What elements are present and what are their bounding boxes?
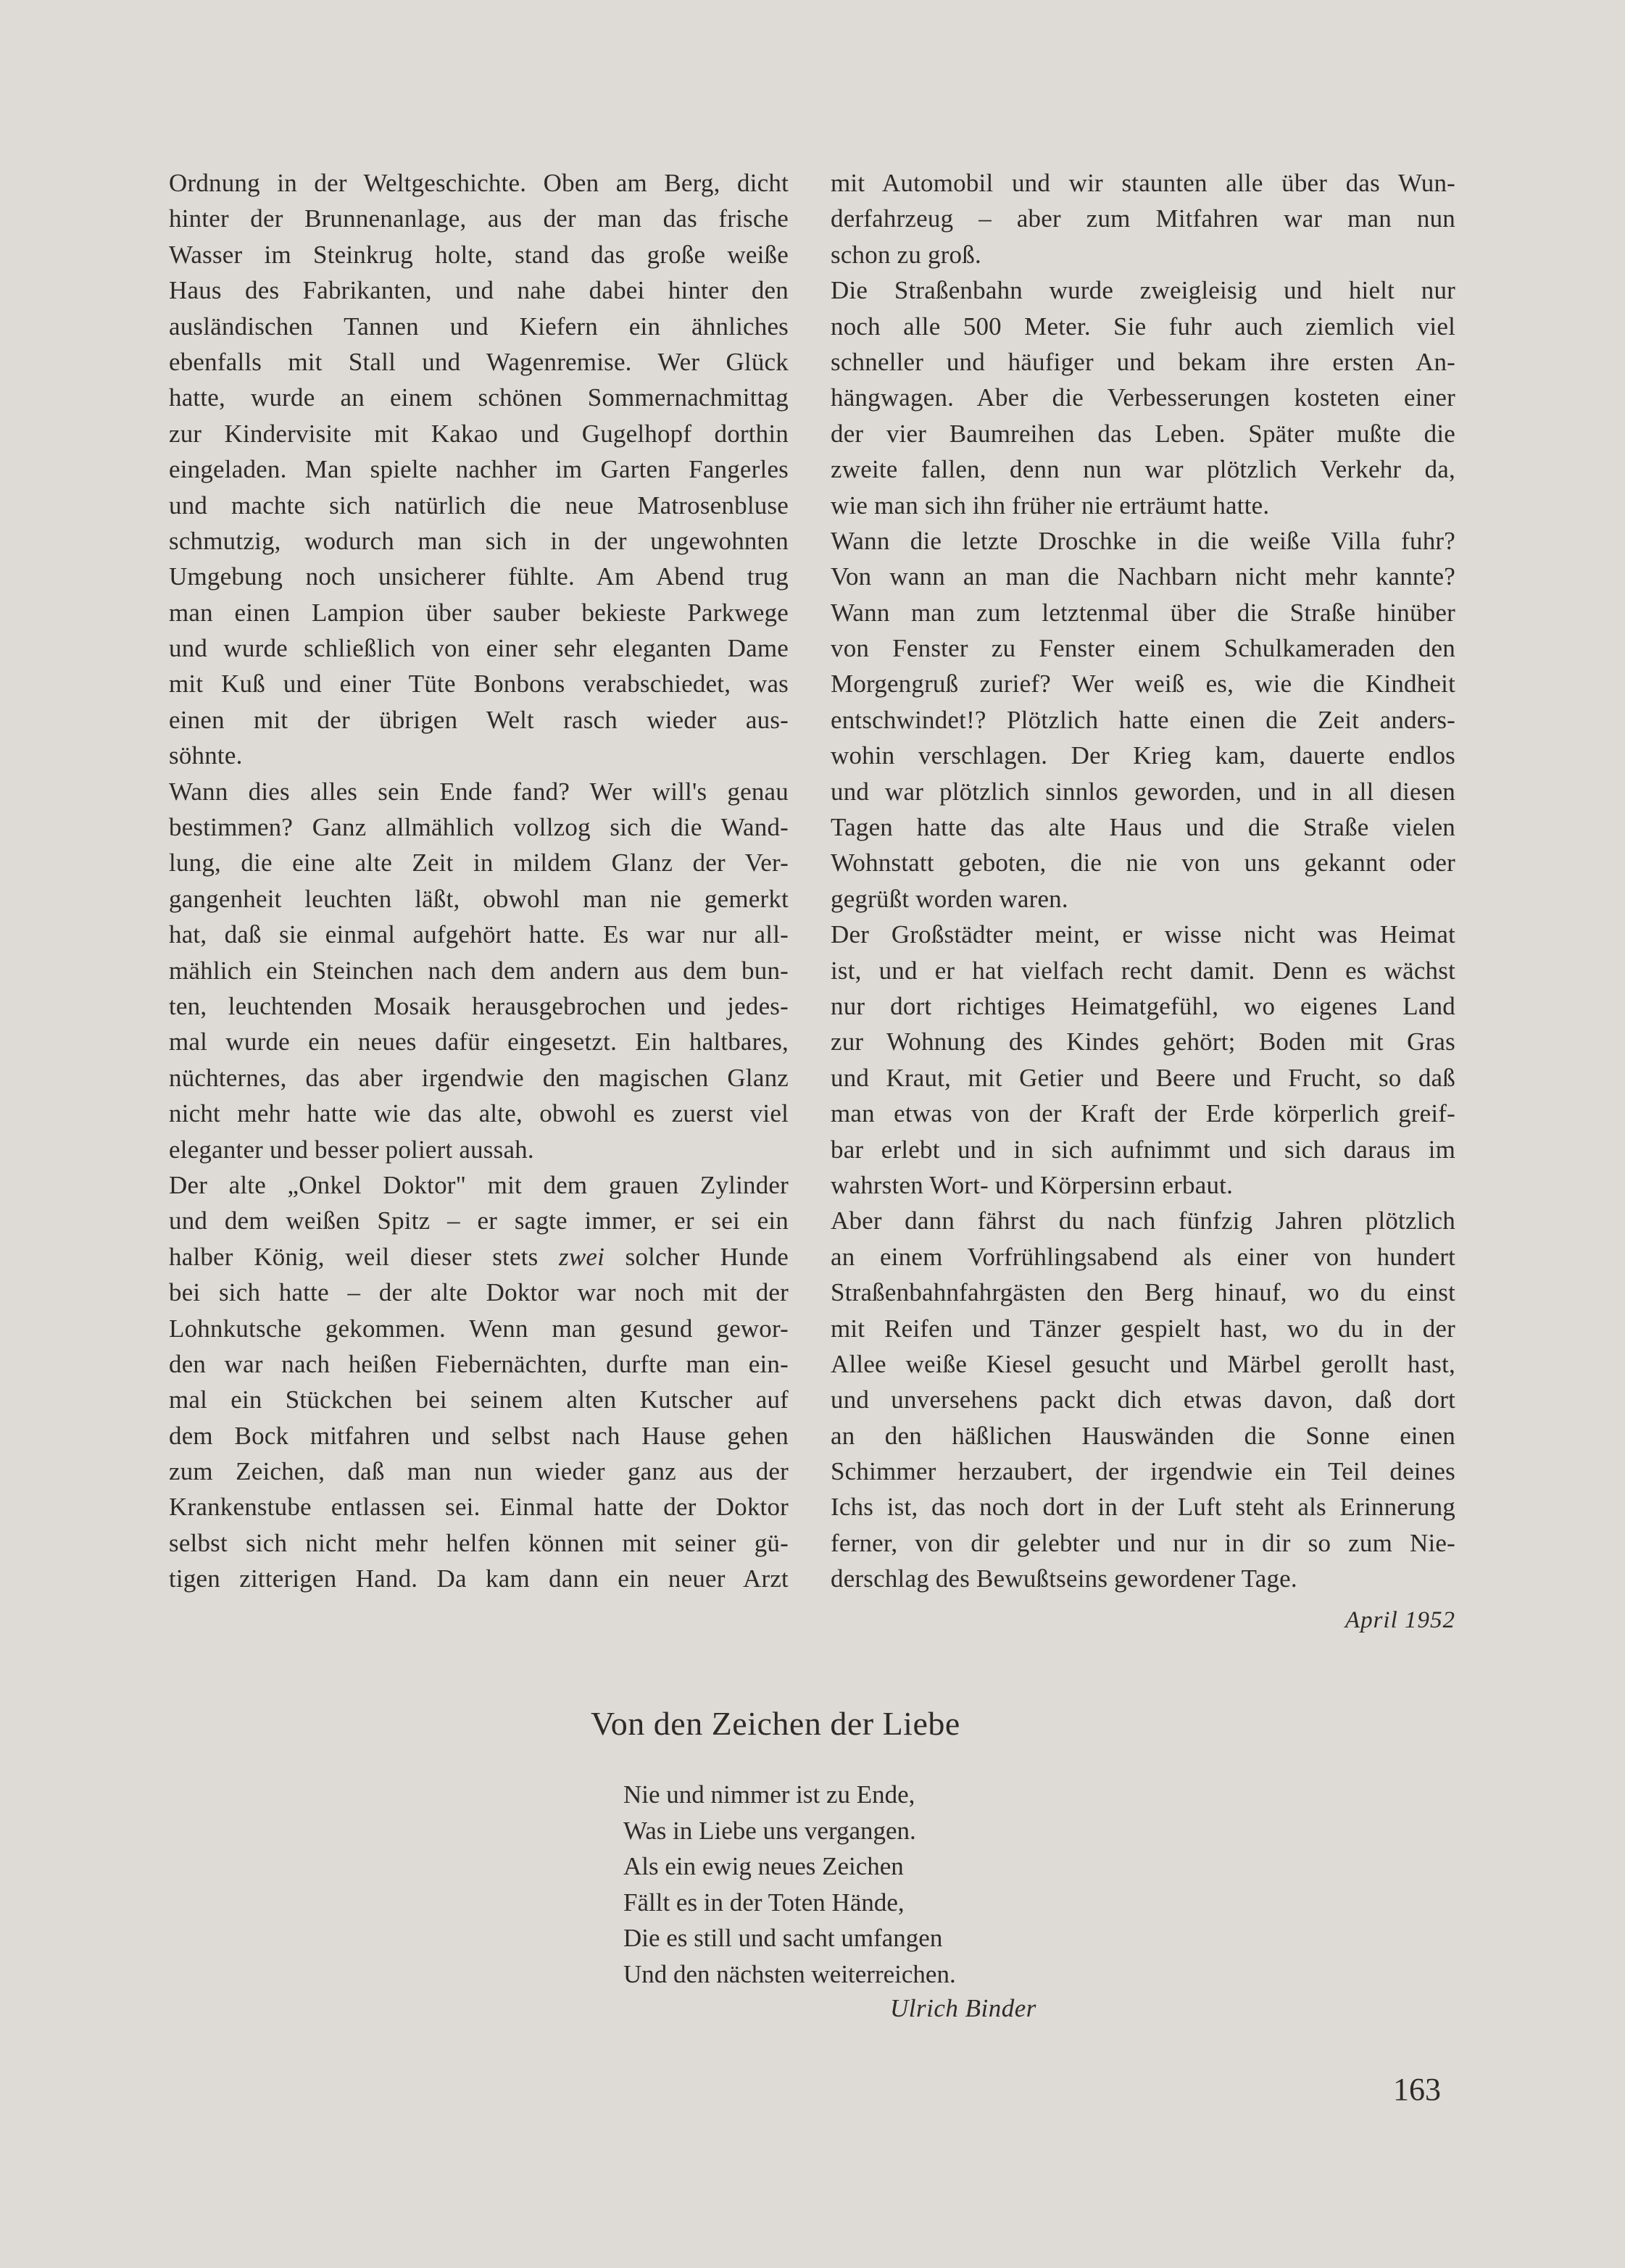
- poem-verse: Fällt es in der Toten Hände,: [623, 1885, 956, 1921]
- text-line: Wann dies alles sein Ende fand? Wer will…: [169, 774, 789, 809]
- paragraph-end-line: wahrsten Wort- und Körpersinn erbaut.: [831, 1167, 1455, 1203]
- paragraph-end-line: wie man sich ihn früher nie erträumt hat…: [831, 488, 1455, 523]
- text-line: Der alte „Onkel Doktor" mit dem grauen Z…: [169, 1167, 789, 1203]
- text-line: mit Reifen und Tänzer gespielt hast, wo …: [831, 1311, 1455, 1346]
- text-line: mit Automobil und wir staunten alle über…: [831, 165, 1455, 201]
- text-line: man einen Lampion über sauber bekieste P…: [169, 595, 789, 630]
- text-line: ten, leuchtenden Mosaik herausgebrochen …: [169, 988, 789, 1024]
- text-line: Von wann an man die Nachbarn nicht mehr …: [831, 559, 1455, 594]
- text-line: derfahrzeug – aber zum Mitfahren war man…: [831, 201, 1455, 236]
- text-line: dem Bock mitfahren und selbst nach Hause…: [169, 1418, 789, 1454]
- text-line: wohin verschlagen. Der Krieg kam, dauert…: [831, 738, 1455, 773]
- text-line: zum Zeichen, daß man nun wieder ganz aus…: [169, 1454, 789, 1489]
- text-line: zweite fallen, denn nun war plötzlich Ve…: [831, 451, 1455, 487]
- text-line: Wasser im Steinkrug holte, stand das gro…: [169, 237, 789, 272]
- poem-verse: Und den nächsten weiterreichen.: [623, 1956, 956, 1993]
- poem-verse: Die es still und sacht umfangen: [623, 1920, 956, 1956]
- text-line: der vier Baumreihen das Leben. Später mu…: [831, 416, 1455, 451]
- emphasized-word: zwei: [559, 1243, 604, 1271]
- paragraph-end-line: schon zu groß.: [831, 237, 1455, 272]
- text-line: und machte sich natürlich die neue Matro…: [169, 488, 789, 523]
- text-line: einen mit der übrigen Welt rasch wieder …: [169, 702, 789, 738]
- poem-body: Nie und nimmer ist zu Ende, Was in Liebe…: [623, 1777, 956, 1992]
- poem-verse: Was in Liebe uns vergangen.: [623, 1813, 956, 1849]
- text-line: bar erlebt und in sich aufnimmt und sich…: [831, 1132, 1455, 1167]
- paragraph-end-line: gegrüßt worden waren.: [831, 881, 1455, 917]
- text-line: Tagen hatte das alte Haus und die Straße…: [831, 809, 1455, 845]
- text-line: Wann die letzte Droschke in die weiße Vi…: [831, 523, 1455, 559]
- text-line: Haus des Fabrikanten, und nahe dabei hin…: [169, 272, 789, 308]
- document-page: Ordnung in der Weltgeschichte. Oben am B…: [0, 0, 1625, 2268]
- text-line: Allee weiße Kiesel gesucht und Märbel ge…: [831, 1346, 1455, 1382]
- poem-verse: Nie und nimmer ist zu Ende,: [623, 1777, 956, 1813]
- text-line: Umgebung noch unsicherer fühlte. Am Aben…: [169, 559, 789, 594]
- text-line: bestimmen? Ganz allmählich vollzog sich …: [169, 809, 789, 845]
- text-line: ferner, von dir gelebter und nur in dir …: [831, 1525, 1455, 1561]
- text-line: Ichs ist, das noch dort in der Luft steh…: [831, 1489, 1455, 1525]
- text-line: Krankenstube entlassen sei. Einmal hatte…: [169, 1489, 789, 1525]
- text-line: Lohnkutsche gekommen. Wenn man gesund ge…: [169, 1311, 789, 1346]
- text-line: hinter der Brunnenanlage, aus der man da…: [169, 201, 789, 236]
- text-line: lung, die eine alte Zeit in mildem Glanz…: [169, 845, 789, 880]
- text-line: und wurde schließlich von einer sehr ele…: [169, 630, 789, 666]
- text-line: tigen zitterigen Hand. Da kam dann ein n…: [169, 1561, 789, 1596]
- paragraph-end-line: eleganter und besser poliert aussah.: [169, 1132, 789, 1167]
- text-line: Aber dann fährst du nach fünfzig Jahren …: [831, 1203, 1455, 1238]
- poem-verse: Als ein ewig neues Zeichen: [623, 1848, 956, 1885]
- text-line: noch alle 500 Meter. Sie fuhr auch zieml…: [831, 309, 1455, 344]
- text-line: schneller und häufiger und bekam ihre er…: [831, 344, 1455, 380]
- text-line: von Fenster zu Fenster einem Schulkamera…: [831, 630, 1455, 666]
- text-line: mit Kuß und einer Tüte Bonbons verabschi…: [169, 666, 789, 701]
- poem-title: Von den Zeichen der Liebe: [591, 1704, 960, 1743]
- text-line: ebenfalls mit Stall und Wagenremise. Wer…: [169, 344, 789, 380]
- text-line: ausländischen Tannen und Kiefern ein ähn…: [169, 309, 789, 344]
- text-line: Schimmer herzaubert, der irgendwie ein T…: [831, 1454, 1455, 1489]
- text-line: schmutzig, wodurch man sich in der ungew…: [169, 523, 789, 559]
- text-line: zur Wohnung des Kindes gehört; Boden mit…: [831, 1024, 1455, 1059]
- text-line: gangenheit leuchten läßt, obwohl man nie…: [169, 881, 789, 917]
- text-line: man etwas von der Kraft der Erde körperl…: [831, 1096, 1455, 1131]
- text-line: an einem Vorfrühlingsabend als einer von…: [831, 1239, 1455, 1275]
- text-line: hatte, wurde an einem schönen Sommernach…: [169, 380, 789, 415]
- text-line-with-emphasis: halber König, weil dieser stets zwei sol…: [169, 1239, 789, 1275]
- text-line: zur Kindervisite mit Kakao und Gugelhopf…: [169, 416, 789, 451]
- text-line: und dem weißen Spitz – er sagte immer, e…: [169, 1203, 789, 1238]
- text-line: ist, und er hat vielfach recht damit. De…: [831, 953, 1455, 988]
- text-line: entschwindet!? Plötzlich hatte einen die…: [831, 702, 1455, 738]
- text-line: nur dort richtiges Heimatgefühl, wo eige…: [831, 988, 1455, 1024]
- text-line: nüchternes, das aber irgendwie den magis…: [169, 1060, 789, 1096]
- text-segment: solcher Hunde: [626, 1243, 789, 1271]
- text-line: hängwagen. Aber die Verbesserungen koste…: [831, 380, 1455, 415]
- text-line: mal ein Stückchen bei seinem alten Kutsc…: [169, 1382, 789, 1417]
- text-line: bei sich hatte – der alte Doktor war noc…: [169, 1275, 789, 1310]
- text-line: hat, daß sie einmal aufgehört hatte. Es …: [169, 917, 789, 952]
- text-line: und Kraut, mit Getier und Beere und Fruc…: [831, 1060, 1455, 1096]
- text-line: selbst sich nicht mehr helfen können mit…: [169, 1525, 789, 1561]
- article-dateline: April 1952: [831, 1603, 1455, 1638]
- text-line: Wohnstatt geboten, die nie von uns gekan…: [831, 845, 1455, 880]
- text-line: Wann man zum letztenmal über die Straße …: [831, 595, 1455, 630]
- left-text-column: Ordnung in der Weltgeschichte. Oben am B…: [169, 165, 789, 1597]
- text-line: mal wurde ein neues dafür eingesetzt. Ei…: [169, 1024, 789, 1059]
- paragraph-end-line: derschlag des Bewußtseins gewordener Tag…: [831, 1561, 1455, 1596]
- text-line: Morgengruß zurief? Wer weiß es, wie die …: [831, 666, 1455, 701]
- text-line: und unversehens packt dich etwas davon, …: [831, 1382, 1455, 1417]
- text-line: mählich ein Steinchen nach dem andern au…: [169, 953, 789, 988]
- right-text-column: mit Automobil und wir staunten alle über…: [831, 165, 1455, 1638]
- text-line: den war nach heißen Fiebernächten, durft…: [169, 1346, 789, 1382]
- poem-author: Ulrich Binder: [890, 1994, 1036, 2023]
- text-line: an den häßlichen Hauswänden die Sonne ei…: [831, 1418, 1455, 1454]
- text-line: Ordnung in der Weltgeschichte. Oben am B…: [169, 165, 789, 201]
- text-segment: halber König, weil dieser stets: [169, 1243, 538, 1271]
- text-line: Der Großstädter meint, er wisse nicht wa…: [831, 917, 1455, 952]
- text-line: und war plötzlich sinnlos geworden, und …: [831, 774, 1455, 809]
- text-line: nicht mehr hatte wie das alte, obwohl es…: [169, 1096, 789, 1131]
- paragraph-end-line: söhnte.: [169, 738, 789, 773]
- text-line: Die Straßenbahn wurde zweigleisig und hi…: [831, 272, 1455, 308]
- text-line: eingeladen. Man spielte nachher im Garte…: [169, 451, 789, 487]
- page-number: 163: [1393, 2071, 1441, 2108]
- text-line: Straßenbahnfahrgästen den Berg hinauf, w…: [831, 1275, 1455, 1310]
